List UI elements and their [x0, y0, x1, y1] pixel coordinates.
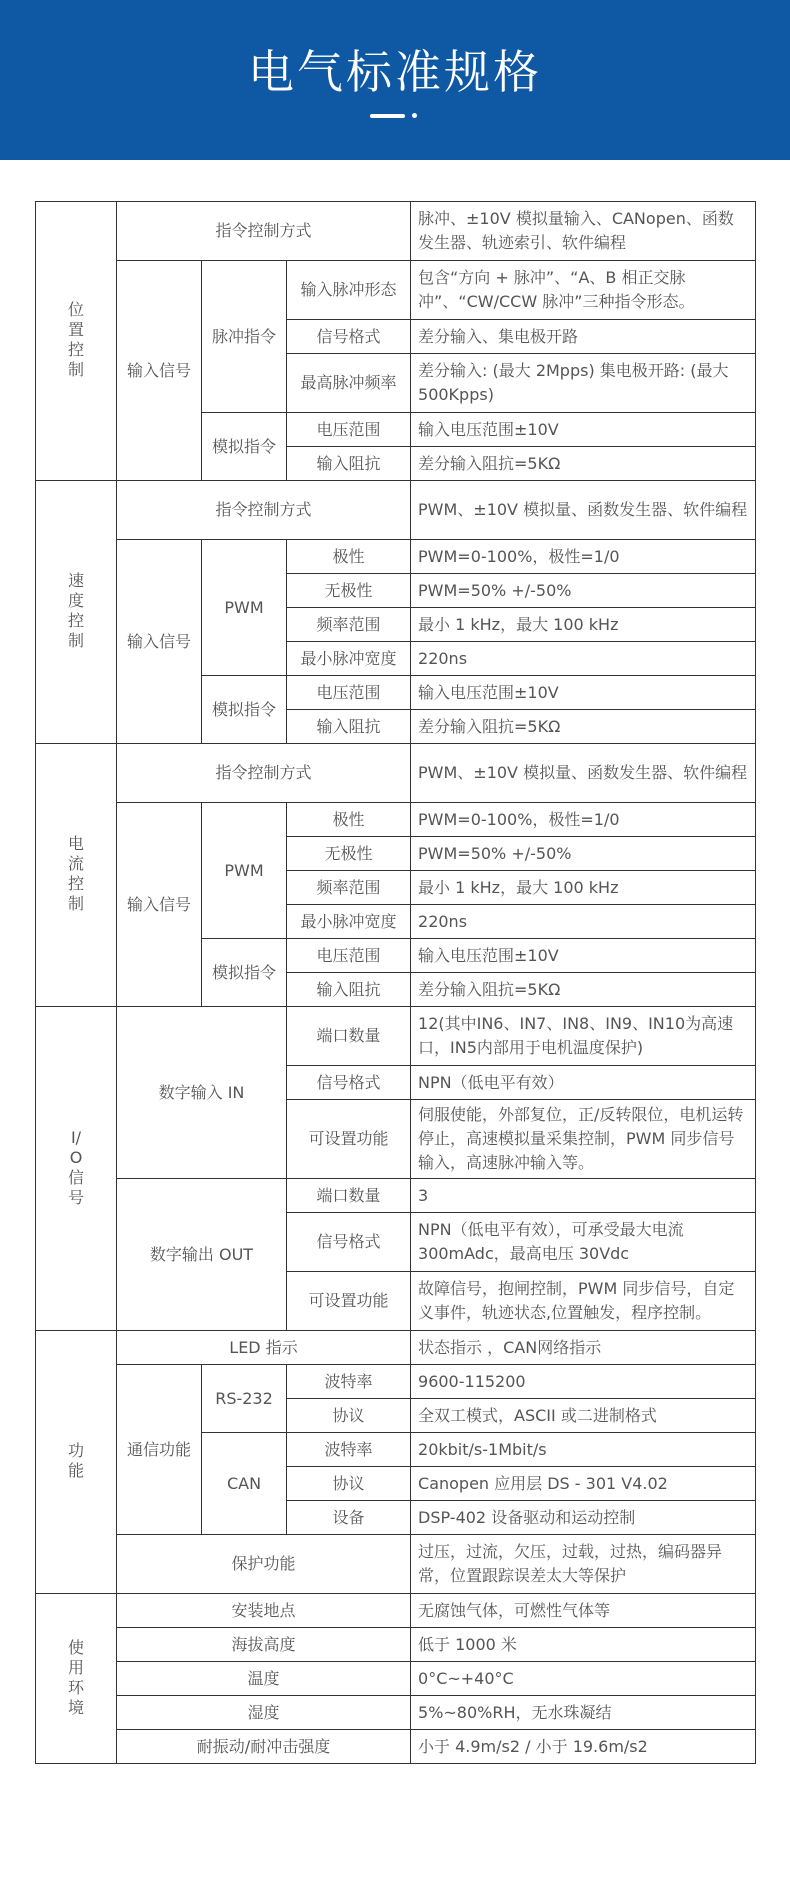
row-label: 极性 [287, 540, 411, 574]
table-row: 海拔高度 低于 1000 米 [36, 1628, 756, 1662]
row-value: 9600-115200 [411, 1365, 756, 1399]
table-row: 功能 LED 指示 状态指示 ，CAN网络指示 [36, 1331, 756, 1365]
row-value: 输入电压范围±10V [411, 939, 756, 973]
row-label: 无极性 [287, 837, 411, 871]
row-label: 指令控制方式 [117, 202, 411, 261]
row-label: 端口数量 [287, 1007, 411, 1066]
category-environment: 使用环境 [36, 1594, 117, 1764]
row-label: 信号格式 [287, 320, 411, 354]
row-value: PWM=50% +/-50% [411, 574, 756, 608]
row-value: 差分输入: (最大 2Mpps) 集电极开路: (最大 500Kpps) [411, 354, 756, 413]
table-row: 耐振动/耐冲击强度 小于 4.9m/s2 / 小于 19.6m/s2 [36, 1730, 756, 1764]
spec-table: 位置控制 指令控制方式 脉冲、±10V 模拟量输入、CANopen、函数发生器、… [35, 201, 756, 1764]
row-label: 波特率 [287, 1365, 411, 1399]
table-row: 输入信号 脉冲指令 输入脉冲形态 包含“方向 + 脉冲”、“A、B 相正交脉冲”… [36, 261, 756, 320]
table-row: 速度控制 指令控制方式 PWM、±10V 模拟量、函数发生器、软件编程 [36, 481, 756, 540]
row-label: 指令控制方式 [117, 744, 411, 803]
table-row: 电流控制 指令控制方式 PWM、±10V 模拟量、函数发生器、软件编程 [36, 744, 756, 803]
row-value: 20kbit/s-1Mbit/s [411, 1433, 756, 1467]
row-label: 电压范围 [287, 939, 411, 973]
group-label: 输入信号 [117, 261, 202, 481]
row-value: 脉冲、±10V 模拟量输入、CANopen、函数发生器、轨迹索引、软件编程 [411, 202, 756, 261]
row-label: 信号格式 [287, 1066, 411, 1100]
row-value: 状态指示 ，CAN网络指示 [411, 1331, 756, 1365]
row-label: 海拔高度 [117, 1628, 411, 1662]
subgroup-label: 模拟指令 [202, 939, 287, 1007]
row-value: PWM=0-100%，极性=1/0 [411, 540, 756, 574]
row-label: 信号格式 [287, 1213, 411, 1272]
table-row: 湿度 5%~80%RH，无水珠凝结 [36, 1696, 756, 1730]
row-label: 可设置功能 [287, 1272, 411, 1331]
row-value: 全双工模式，ASCII 或二进制格式 [411, 1399, 756, 1433]
row-value: 220ns [411, 642, 756, 676]
row-value: Canopen 应用层 DS - 301 V4.02 [411, 1467, 756, 1501]
subgroup-label: CAN [202, 1433, 287, 1535]
subgroup-label: RS-232 [202, 1365, 287, 1433]
subgroup-label: PWM [202, 803, 287, 939]
subgroup-label: 模拟指令 [202, 413, 287, 481]
row-value: 故障信号，抱闸控制，PWM 同步信号，自定义事件，轨迹状态,位置触发，程序控制。 [411, 1272, 756, 1331]
category-function: 功能 [36, 1331, 117, 1594]
row-label: 耐振动/耐冲击强度 [117, 1730, 411, 1764]
row-value: 12(其中IN6、IN7、IN8、IN9、IN10为高速口，IN5内部用于电机温… [411, 1007, 756, 1066]
row-value: NPN（低电平有效），可承受最大电流 300mAdc，最高电压 30Vdc [411, 1213, 756, 1272]
table-row: 通信功能 RS-232 波特率 9600-115200 [36, 1365, 756, 1399]
table-row: 输入信号 PWM 极性 PWM=0-100%，极性=1/0 [36, 803, 756, 837]
category-speed: 速度控制 [36, 481, 117, 744]
row-value: 差分输入阻抗=5KΩ [411, 710, 756, 744]
row-label: 无极性 [287, 574, 411, 608]
row-label: 输入阻抗 [287, 973, 411, 1007]
subgroup-label: 脉冲指令 [202, 261, 287, 413]
row-value: NPN（低电平有效） [411, 1066, 756, 1100]
category-io: I/O信号 [36, 1007, 117, 1331]
subgroup-label: PWM [202, 540, 287, 676]
row-value: 输入电压范围±10V [411, 413, 756, 447]
row-value: 差分输入阻抗=5KΩ [411, 447, 756, 481]
title-accent-dot [412, 113, 417, 118]
category-current: 电流控制 [36, 744, 117, 1007]
table-row: 数字输出 OUT 端口数量 3 [36, 1179, 756, 1213]
row-label: 指令控制方式 [117, 481, 411, 540]
row-value: PWM、±10V 模拟量、函数发生器、软件编程 [411, 744, 756, 803]
row-value: 3 [411, 1179, 756, 1213]
row-value: DSP-402 设备驱动和运动控制 [411, 1501, 756, 1535]
row-label: 频率范围 [287, 871, 411, 905]
subgroup-label: 模拟指令 [202, 676, 287, 744]
row-value: PWM=50% +/-50% [411, 837, 756, 871]
row-label: 协议 [287, 1467, 411, 1501]
row-value: 差分输入、集电极开路 [411, 320, 756, 354]
row-label: 协议 [287, 1399, 411, 1433]
row-label: 最小脉冲宽度 [287, 905, 411, 939]
group-label: 数字输入 IN [117, 1007, 287, 1179]
table-row: 输入信号 PWM 极性 PWM=0-100%，极性=1/0 [36, 540, 756, 574]
row-label: 保护功能 [117, 1535, 411, 1594]
group-label: 输入信号 [117, 540, 202, 744]
row-label: 频率范围 [287, 608, 411, 642]
row-value: PWM、±10V 模拟量、函数发生器、软件编程 [411, 481, 756, 540]
row-label: 温度 [117, 1662, 411, 1696]
row-value: 过压，过流，欠压，过载，过热，编码器异常，位置跟踪误差太大等保护 [411, 1535, 756, 1594]
row-label: 可设置功能 [287, 1100, 411, 1179]
table-row: I/O信号 数字输入 IN 端口数量 12(其中IN6、IN7、IN8、IN9、… [36, 1007, 756, 1066]
row-label: 最小脉冲宽度 [287, 642, 411, 676]
row-value: 0°C~+40°C [411, 1662, 756, 1696]
row-label: 输入阻抗 [287, 710, 411, 744]
table-row: 温度 0°C~+40°C [36, 1662, 756, 1696]
row-label: 极性 [287, 803, 411, 837]
row-label: 电压范围 [287, 676, 411, 710]
row-value: 包含“方向 + 脉冲”、“A、B 相正交脉冲”、“CW/CCW 脉冲”三种指令形… [411, 261, 756, 320]
group-label: 输入信号 [117, 803, 202, 1007]
row-label: 波特率 [287, 1433, 411, 1467]
row-value: 小于 4.9m/s2 / 小于 19.6m/s2 [411, 1730, 756, 1764]
row-value: 最小 1 kHz，最大 100 kHz [411, 871, 756, 905]
row-value: 输入电压范围±10V [411, 676, 756, 710]
group-label: 通信功能 [117, 1365, 202, 1535]
page-title: 电气标准规格 [0, 44, 790, 100]
row-value: 5%~80%RH，无水珠凝结 [411, 1696, 756, 1730]
row-label: 输入阻抗 [287, 447, 411, 481]
row-value: 伺服使能，外部复位，正/反转限位，电机运转停止，高速模拟量采集控制，PWM 同步… [411, 1100, 756, 1179]
row-value: PWM=0-100%，极性=1/0 [411, 803, 756, 837]
row-label: 安装地点 [117, 1594, 411, 1628]
row-value: 低于 1000 米 [411, 1628, 756, 1662]
row-label: 最高脉冲频率 [287, 354, 411, 413]
row-label: 输入脉冲形态 [287, 261, 411, 320]
row-label: LED 指示 [117, 1331, 411, 1365]
row-value: 最小 1 kHz，最大 100 kHz [411, 608, 756, 642]
row-label: 湿度 [117, 1696, 411, 1730]
category-position: 位置控制 [36, 202, 117, 481]
row-label: 设备 [287, 1501, 411, 1535]
row-value: 差分输入阻抗=5KΩ [411, 973, 756, 1007]
group-label: 数字输出 OUT [117, 1179, 287, 1331]
row-value: 无腐蚀气体，可燃性气体等 [411, 1594, 756, 1628]
table-row: 保护功能 过压，过流，欠压，过载，过热，编码器异常，位置跟踪误差太大等保护 [36, 1535, 756, 1594]
row-label: 电压范围 [287, 413, 411, 447]
table-row: 位置控制 指令控制方式 脉冲、±10V 模拟量输入、CANopen、函数发生器、… [36, 202, 756, 261]
row-label: 端口数量 [287, 1179, 411, 1213]
header-banner: 电气标准规格 [0, 0, 790, 160]
row-value: 220ns [411, 905, 756, 939]
title-accent-dash [370, 114, 405, 118]
table-row: 使用环境 安装地点 无腐蚀气体，可燃性气体等 [36, 1594, 756, 1628]
